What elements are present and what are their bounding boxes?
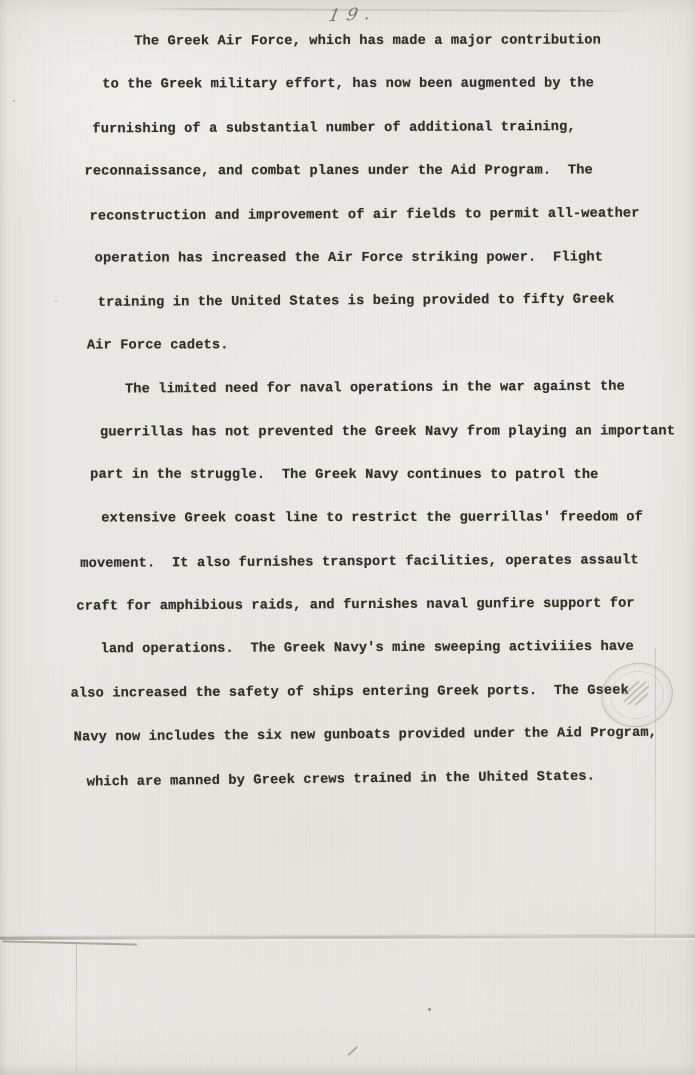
scanned-document-page: 19. The Greek Air Force, which has made … [0,0,695,1075]
text-line: which are manned by Greek crews trained … [87,760,695,811]
text-line: The limited need for naval operations in… [125,371,695,418]
paper-fold-crease [0,935,695,940]
text-line: furnishing of a substantial number of ad… [92,111,694,157]
text-line: Air Force cadets. [87,329,695,374]
page-number: 19. [327,4,380,26]
text-line: extensive Greek coast line to restrict t… [101,503,695,548]
text-line: reconnaissance, and combat planes under … [84,155,694,200]
text-line: training in the United States is being p… [98,284,695,331]
paper-crease-top [130,8,645,12]
paper-fold-crease-left [2,940,137,945]
text-line: part in the struggle. The Greek Navy con… [90,460,695,504]
text-line: Navy now includes the six new gunboats p… [74,718,695,766]
document-text: The Greek Air Force, which has made a ma… [0,25,695,807]
text-line: guerrillas has not prevented the Greek N… [100,416,695,461]
text-line: The Greek Air Force, which has made a ma… [134,25,694,70]
paper-crease-vertical-left [76,944,77,1075]
text-line: movement. It also furnishes transport fa… [80,545,695,592]
text-line: reconstruction and improvement of air fi… [89,198,694,245]
pencil-mark [347,1046,358,1056]
text-line: operation has increased the Air Force st… [95,242,695,287]
text-line: to the Greek military effort, has now be… [102,69,694,114]
paper-speck [428,1008,431,1011]
text-line: craft for amphibious raids, and furnishe… [76,588,695,635]
